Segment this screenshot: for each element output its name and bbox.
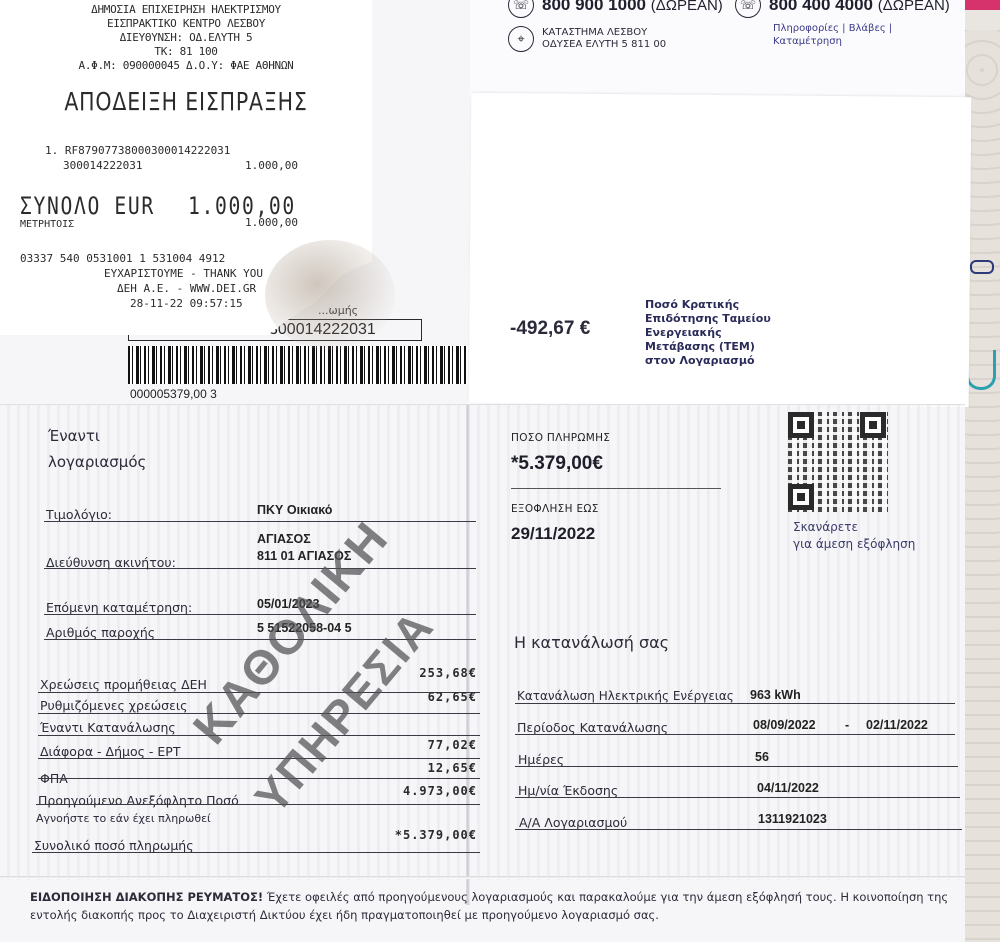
receipt-header-line: ΕΙΣΠΡΑΚΤΙΚΟ ΚΕΝΤΡΟ ΛΕΣΒΟΥ	[0, 17, 372, 31]
bill-heading-line-2: λογαριασμός	[48, 449, 146, 475]
receipt-header-line: ΔΙΕΥΘΥΝΣΗ: ΟΔ.ΕΛΥΤΗ 5	[0, 31, 372, 45]
tariff-label: Τιμολόγιο:	[46, 507, 112, 522]
receipt-title: ΑΠΟΔΕΙΞΗ ΕΙΣΠΡΑΞΗΣ	[33, 87, 338, 116]
charge-label: Έναντι Κατανάλωσης	[40, 720, 176, 735]
phone-icon: ☏	[508, 0, 534, 18]
due-date: 29/11/2022	[511, 524, 595, 544]
charge-label: Ρυθμιζόμενες χρεώσεις	[40, 698, 187, 713]
total-payment-label: Συνολικό ποσό πληρωμής	[34, 838, 194, 853]
energy-consumption-label: Κατανάλωση Ηλεκτρικής Ενέργειας	[517, 689, 734, 703]
charge-amount: 77,02€	[428, 738, 477, 752]
period-separator: -	[845, 718, 849, 732]
qr-code[interactable]	[788, 412, 888, 512]
ink-drawing	[970, 260, 994, 274]
row-divider	[38, 735, 480, 736]
phone-note-2: (ΔΩΡΕΑΝ)	[878, 0, 950, 14]
receipt-cash-amount: 1.000,00	[245, 216, 298, 230]
account-number-value: 1311921023	[758, 812, 827, 826]
disconnection-notice: ΕΙΔΟΠΟΙΗΣΗ ΔΙΑΚΟΠΗΣ ΡΕΥΜΑΤΟΣ! Έχετε οφει…	[30, 888, 980, 924]
days-value: 56	[755, 750, 769, 764]
qr-finder	[860, 412, 886, 438]
contact-header: ☏ 800 900 1000 (ΔΩΡΕΑΝ) ☏ 800 400 4000 (…	[470, 0, 965, 100]
finger-shadow	[265, 240, 395, 350]
total-payment-amount: *5.379,00€	[395, 828, 477, 842]
charge-label: Χρεώσεις προμήθειας ΔΕΗ	[40, 677, 207, 692]
pink-paper-edge	[960, 0, 1000, 10]
qr-finder	[788, 484, 814, 510]
payment-amount-label: ΠΟΣΟ ΠΛΗΡΩΜΗΣ	[511, 432, 610, 444]
energy-consumption-value: 963 kWh	[750, 688, 801, 702]
receipt-header-line: ΔΗΜΟΣΙΑ ΕΠΙΧΕΙΡΗΣΗ ΗΛΕΚΤΡΙΣΜΟΥ	[0, 3, 372, 17]
ignore-if-paid-note: Αγνοήστε το εάν έχει πληρωθεί	[36, 812, 211, 825]
receipt-timestamp: 28-11-22 09:57:15	[130, 297, 243, 311]
subsidy-line: Ποσό Κρατικής	[645, 298, 771, 312]
consumption-period-label: Περίοδος Κατανάλωσης	[517, 720, 668, 735]
receipt-line-ref: 1. RF87907738000300014222031	[45, 144, 230, 158]
phone-icon: ☏	[735, 0, 761, 18]
qr-caption: Σκανάρετε για άμεση εξόφληση	[793, 519, 915, 553]
receipt-total-label: ΣΥΝΟΛΟ EUR	[20, 192, 155, 220]
ink-drawing	[966, 350, 996, 390]
location-pin-icon: ⌖	[508, 26, 534, 52]
row-divider	[515, 734, 955, 735]
bill-heading-line-1: Έναντι	[48, 423, 146, 449]
notice-title: ΕΙΔΟΠΟΙΗΣΗ ΔΙΑΚΟΠΗΣ ΡΕΥΜΑΤΟΣ!	[30, 890, 263, 904]
receipt-footer-line: ΕΥΧΑΡΙΣΤΟΥΜΕ - THANK YOU	[104, 267, 263, 281]
receipt-cash-label: ΜΕΤΡΗΤΟΙΣ	[20, 218, 74, 232]
row-divider	[515, 703, 955, 704]
row-divider	[44, 521, 476, 522]
charge-amount: 12,65€	[428, 761, 477, 775]
charge-amount: 253,68€	[419, 666, 477, 680]
charge-label: Διάφορα - Δήμος - ΕΡΤ	[40, 744, 181, 759]
issue-date-label: Ημ/νία Έκδοσης	[518, 783, 618, 798]
charge-amount: 4.973,00€	[403, 784, 477, 798]
fold-line	[0, 876, 965, 879]
phone-number-1: 800 900 1000	[542, 0, 646, 14]
subsidy-line: Επιδότησης Ταμείου	[645, 312, 771, 326]
info-line-1: Πληροφορίες | Βλάβες |	[773, 22, 892, 35]
receipt-line-code: 300014222031	[63, 159, 142, 173]
payment-amount: *5.379,00€	[511, 453, 603, 475]
row-divider	[511, 488, 721, 489]
receipt-line-amount: 1.000,00	[245, 159, 298, 173]
qr-finder	[788, 412, 814, 438]
subsidy-description: Ποσό Κρατικής Επιδότησης Ταμείου Ενεργει…	[645, 298, 771, 368]
bill-heading: Έναντι λογαριασμός	[48, 423, 146, 475]
tariff-value: ΠΚΥ Οικιακό	[257, 503, 332, 517]
phone-contact-2: ☏ 800 400 4000 (ΔΩΡΕΑΝ)	[735, 0, 950, 18]
receipt-header-line: ΤΚ: 81 100	[0, 45, 372, 59]
phone-contact-1: ☏ 800 900 1000 (ΔΩΡΕΑΝ)	[508, 0, 723, 18]
info-line-2: Καταμέτρηση	[773, 35, 892, 48]
charge-amount: 62,65€	[428, 690, 477, 704]
row-divider	[36, 804, 480, 805]
subsidy-line: στον Λογαριασμό	[645, 354, 771, 368]
row-divider	[515, 766, 958, 767]
row-divider	[44, 568, 476, 569]
property-address-line-1: ΑΓΙΑΣΟΣ	[257, 532, 311, 546]
subsidy-line: Μετάβασης (ΤΕΜ)	[645, 340, 771, 354]
charge-label: Προηγούμενο Ανεξόφλητο Ποσό	[38, 793, 239, 808]
days-label: Ημέρες	[518, 752, 564, 767]
barcode	[128, 346, 468, 384]
qr-caption-line-1: Σκανάρετε	[793, 519, 915, 536]
row-divider	[38, 758, 480, 759]
qr-caption-line-2: για άμεση εξόφληση	[793, 536, 915, 553]
due-date-label: ΕΞΟΦΛΗΣΗ ΕΩΣ	[511, 503, 599, 515]
store-address: ⌖ ΚΑΤΑΣΤΗΜΑ ΛΕΣΒΟΥ ΟΔΥΣΕΑ ΕΛΥΤΗ 5 811 00	[508, 26, 666, 52]
store-street: ΟΔΥΣΕΑ ΕΛΥΤΗ 5 811 00	[542, 39, 666, 51]
store-name: ΚΑΤΑΣΤΗΜΑ ΛΕΣΒΟΥ	[542, 27, 666, 39]
subsidy-line: Ενεργειακής	[645, 326, 771, 340]
phone-note-1: (ΔΩΡΕΑΝ)	[651, 0, 723, 14]
info-services: Πληροφορίες | Βλάβες | Καταμέτρηση	[773, 22, 892, 48]
barcode-number: 000005379,00 3	[130, 387, 217, 401]
supply-number-label: Αριθμός παροχής	[46, 625, 155, 640]
receipt-transaction-code: 03337 540 0531001 1 531004 4912	[20, 252, 225, 266]
receipt-footer-line: ΔΕΗ Α.Ε. - WWW.DEI.GR	[117, 282, 256, 296]
period-to: 02/11/2022	[866, 718, 928, 732]
issue-date-value: 04/11/2022	[757, 781, 819, 795]
period-from: 08/09/2022	[753, 718, 816, 732]
row-divider	[515, 829, 962, 830]
phone-number-2: 800 400 4000	[769, 0, 873, 14]
next-reading-label: Επόμενη καταμέτρηση:	[46, 600, 192, 615]
subsidy-amount: -492,67 €	[510, 318, 590, 340]
consumption-heading: Η κατανάλωσή σας	[514, 630, 669, 656]
account-number-label: Α/Α Λογαριασμού	[519, 815, 627, 830]
row-divider	[32, 852, 480, 853]
row-divider	[515, 797, 960, 798]
receipt-header-line: Α.Φ.Μ: 090000045 Δ.Ο.Υ: ΦΑΕ ΑΘΗΝΩΝ	[0, 59, 372, 73]
